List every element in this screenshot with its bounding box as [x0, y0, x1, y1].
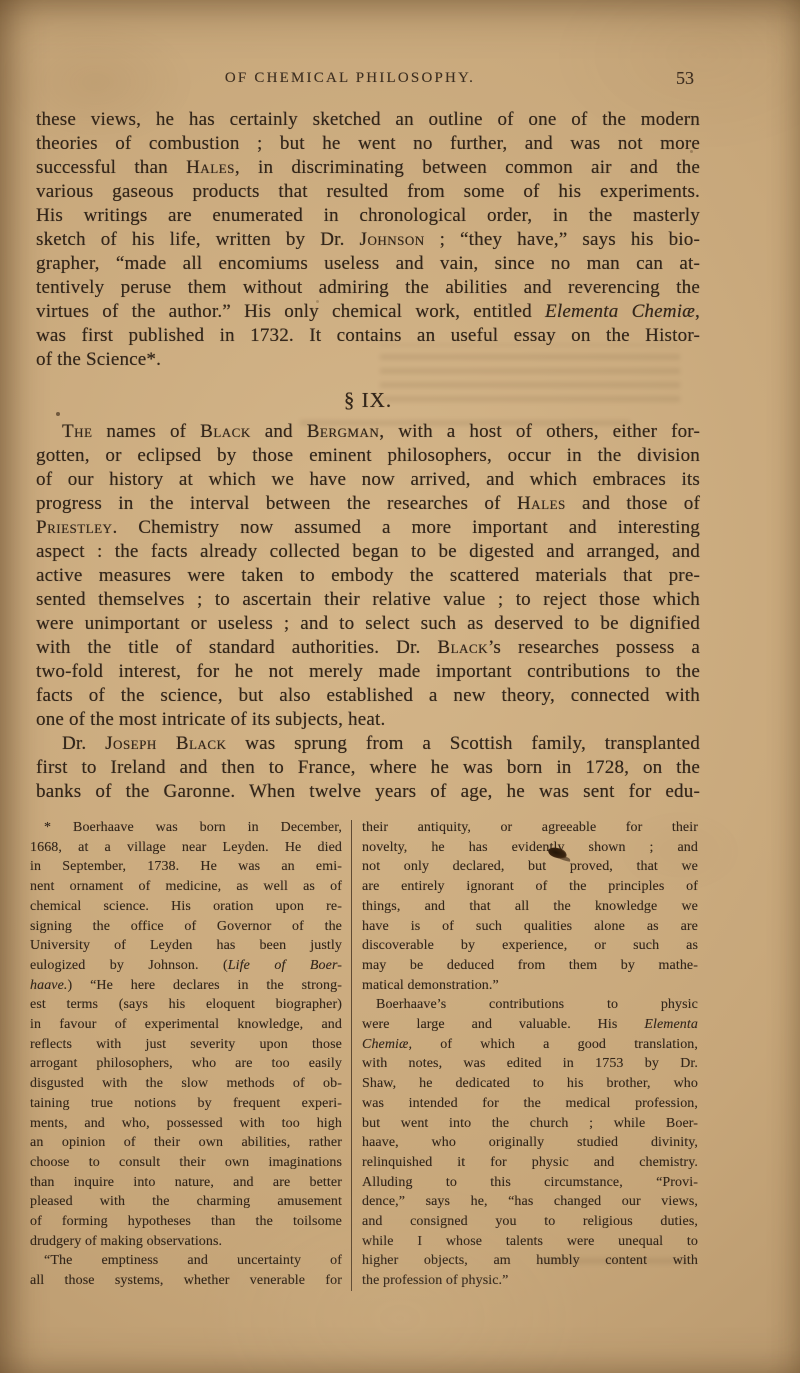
text-segment: was intended for the medical profession,	[362, 1096, 698, 1111]
text-segment: matical demonstration.”	[362, 978, 499, 993]
text-segment: and	[251, 421, 307, 442]
text-line: matical demonstration.”	[362, 976, 698, 996]
text-segment: University of Leyden has been justly	[30, 938, 342, 953]
text-segment: signing the office of Governor of the	[30, 919, 342, 934]
paragraph: Dr. Joseph Black was sprung from a Scott…	[36, 732, 700, 804]
text-segment: 1668, at a village near Leyden. He died	[30, 840, 342, 855]
text-segment: Life of Boer-	[228, 958, 342, 973]
footnote-column-divider	[351, 820, 352, 1291]
text-line: these views, he has certainly sketched a…	[36, 108, 700, 132]
text-segment: progress in the interval between the res…	[36, 493, 517, 514]
text-line: choose to consult their own imaginations	[30, 1153, 342, 1173]
text-line: all those systems, whether venerable for	[30, 1271, 342, 1291]
text-segment: Joseph Black	[105, 733, 226, 754]
text-line: of our history at which we have now arri…	[36, 468, 700, 492]
text-segment: Chemiæ,	[362, 1037, 412, 1052]
text-segment: with the title of standard authorities. …	[36, 637, 437, 658]
text-segment: Priestley	[36, 517, 112, 538]
text-line: gotten, or eclipsed by those eminent phi…	[36, 444, 700, 468]
text-line: was first published in 1732. It contains…	[36, 324, 700, 348]
text-segment: first to Ireland and then to France, whe…	[36, 757, 700, 778]
text-line: not only declared, but proved, that we	[362, 857, 698, 877]
text-segment: ,	[695, 301, 700, 322]
text-line: relinquished it for physic and chemistry…	[362, 1153, 698, 1173]
text-segment: chemical science. His oration upon re-	[30, 899, 342, 914]
text-line: drudgery of making observations.	[30, 1232, 342, 1252]
paper-speck	[56, 412, 60, 416]
text-segment: but went into the church ; while Boer-	[362, 1116, 698, 1131]
text-segment: are entirely ignorant of the principles …	[362, 879, 698, 894]
page-header: OF CHEMICAL PHILOSOPHY. 53	[36, 70, 700, 96]
text-line: while I whose talents were unequal to	[362, 1232, 698, 1252]
text-segment: relinquished it for physic and chemistry…	[362, 1155, 698, 1170]
text-line: the profession of physic.”	[362, 1271, 698, 1291]
text-line: disgusted with the slow methods of ob-	[30, 1074, 342, 1094]
paper-speck	[316, 300, 319, 303]
text-line: His writings are enumerated in chronolog…	[36, 204, 700, 228]
text-line: and consigned you to religious duties,	[362, 1212, 698, 1232]
text-segment: banks of the Garonne. When twelve years …	[36, 781, 700, 802]
text-line: dence,” says he, “has changed our views,	[362, 1192, 698, 1212]
text-segment: reflects with just severity upon those	[30, 1037, 342, 1052]
text-segment: Alluding to this circumstance, “Provi-	[362, 1175, 698, 1190]
text-segment: Shaw, he dedicated to his brother, who	[362, 1076, 698, 1091]
text-line: with the title of standard authorities. …	[36, 636, 700, 660]
text-line: “The emptiness and uncertainty of	[30, 1251, 342, 1271]
text-segment: an opinion of their own abilities, rathe…	[30, 1135, 342, 1150]
text-segment: with notes, was edited in 1753 by Dr.	[362, 1056, 698, 1071]
text-segment: eulogized by Johnson. (	[30, 958, 228, 973]
text-segment: successful than	[36, 157, 186, 178]
text-segment: not only declared, but proved, that we	[362, 859, 698, 874]
text-segment: two-fold interest, for he not merely mad…	[36, 661, 700, 682]
text-line: higher objects, am humbly content with	[362, 1251, 698, 1271]
text-line: taining true notions by frequent experi-	[30, 1094, 342, 1114]
text-line: of the Science*.	[36, 348, 700, 372]
text-segment: higher objects, am humbly content with	[362, 1253, 698, 1268]
footnote-left-column: * Boerhaave was born in December,1668, a…	[30, 818, 342, 1291]
text-segment: “The emptiness and uncertainty of	[44, 1253, 342, 1268]
text-line: was intended for the medical profession,	[362, 1094, 698, 1114]
text-segment: . Chemistry now assumed a more important…	[112, 517, 700, 538]
text-segment: virtues of the author.” His only chemica…	[36, 301, 545, 322]
text-line: ments, and who, possessed with too high	[30, 1114, 342, 1134]
text-line: facts of the science, but also establish…	[36, 684, 700, 708]
text-segment: ; “they have,” says his bio-	[425, 229, 700, 250]
text-segment: have is of such qualities alone as are	[362, 919, 698, 934]
text-line: various gaseous products that resulted f…	[36, 180, 700, 204]
text-line: progress in the interval between the res…	[36, 492, 700, 516]
text-segment: the profession of physic.”	[362, 1273, 508, 1288]
text-line: The names of Black and Bergman, with a h…	[36, 420, 700, 444]
text-line: Dr. Joseph Black was sprung from a Scott…	[36, 732, 700, 756]
text-line: arrogant philosophers, who are too easil…	[30, 1054, 342, 1074]
text-segment: in favour of experimental knowledge, and	[30, 1017, 342, 1032]
text-segment: of which a good translation,	[412, 1037, 698, 1052]
footnote-right-column: their antiquity, or agreeable for theirn…	[362, 818, 698, 1291]
text-segment: grapher, “made all encomiums useless and…	[36, 253, 700, 274]
text-segment: drudgery of making observations.	[30, 1234, 222, 1249]
text-segment: facts of the science, but also establish…	[36, 685, 700, 706]
text-line: were unimportant or useless ; and to sel…	[36, 612, 700, 636]
section-heading: § IX.	[36, 388, 700, 412]
text-line: an opinion of their own abilities, rathe…	[30, 1133, 342, 1153]
text-line: tentively peruse them without admiring t…	[36, 276, 700, 300]
text-segment: all those systems, whether venerable for	[30, 1273, 342, 1288]
text-segment: and those of	[566, 493, 700, 514]
text-segment: names of	[92, 421, 200, 442]
text-segment: haave.	[30, 978, 68, 993]
text-segment: sented themselves ; to ascertain their r…	[36, 589, 700, 610]
text-segment: Dr.	[62, 733, 105, 754]
text-segment: Bergman	[307, 421, 380, 442]
text-segment: Black	[437, 637, 488, 658]
text-segment: of the Science*.	[36, 349, 161, 370]
text-line: in favour of experimental knowledge, and	[30, 1015, 342, 1035]
text-line: first to Ireland and then to France, whe…	[36, 756, 700, 780]
text-line: banks of the Garonne. When twelve years …	[36, 780, 700, 804]
text-line: than inquire into nature, and are better	[30, 1173, 342, 1193]
text-segment: theories of combustion ; but he went no …	[36, 133, 700, 154]
text-line: nent ornament of medicine, as well as of	[30, 877, 342, 897]
text-segment: of forming hypotheses than the toilsome	[30, 1214, 342, 1229]
text-line: successful than Hales, in discriminating…	[36, 156, 700, 180]
text-segment: ments, and who, possessed with too high	[30, 1116, 342, 1131]
text-segment: sketch of his life, written by Dr.	[36, 229, 360, 250]
text-segment: * Boerhaave was born in December,	[44, 820, 342, 835]
text-line: of forming hypotheses than the toilsome	[30, 1212, 342, 1232]
footnote: * Boerhaave was born in December,1668, a…	[30, 818, 698, 1291]
paper-speck	[690, 150, 693, 153]
text-line: Shaw, he dedicated to his brother, who	[362, 1074, 698, 1094]
text-segment: while I whose talents were unequal to	[362, 1234, 698, 1249]
text-segment: His writings are enumerated in chronolog…	[36, 205, 700, 226]
text-segment: , in discriminating between common air a…	[235, 157, 700, 178]
text-segment: of our history at which we have now arri…	[36, 469, 700, 490]
text-segment: taining true notions by frequent experi-	[30, 1096, 342, 1111]
text-line: things, and that all the knowledge we	[362, 897, 698, 917]
text-line: with notes, was edited in 1753 by Dr.	[362, 1054, 698, 1074]
text-line: reflects with just severity upon those	[30, 1035, 342, 1055]
text-line: theories of combustion ; but he went no …	[36, 132, 700, 156]
text-line: est terms (says his eloquent biographer)	[30, 995, 342, 1015]
text-segment: discoverable by experience, or such as	[362, 938, 698, 953]
text-line: haave, who originally studied divinity,	[362, 1133, 698, 1153]
text-segment: Boerhaave’s contributions to physic	[376, 997, 698, 1012]
text-line: chemical science. His oration upon re-	[30, 897, 342, 917]
text-line: two-fold interest, for he not merely mad…	[36, 660, 700, 684]
text-line: Boerhaave’s contributions to physic	[362, 995, 698, 1015]
text-segment: ’s researches possess a	[488, 637, 700, 658]
text-line: Alluding to this circumstance, “Provi-	[362, 1173, 698, 1193]
text-segment: Black	[200, 421, 251, 442]
text-segment: in September, 1738. He was an emi-	[30, 859, 342, 874]
text-line: are entirely ignorant of the principles …	[362, 877, 698, 897]
text-segment: pleased with the charming amusement	[30, 1194, 342, 1209]
text-line: eulogized by Johnson. (Life of Boer-	[30, 956, 342, 976]
text-line: in September, 1738. He was an emi-	[30, 857, 342, 877]
text-segment: Elementa	[644, 1017, 698, 1032]
text-segment: arrogant philosophers, who are too easil…	[30, 1056, 342, 1071]
body-text: these views, he has certainly sketched a…	[36, 108, 700, 804]
text-line: sented themselves ; to ascertain their r…	[36, 588, 700, 612]
text-line: Priestley. Chemistry now assumed a more …	[36, 516, 700, 540]
text-segment: tentively peruse them without admiring t…	[36, 277, 700, 298]
text-segment: Johnson	[360, 229, 425, 250]
text-line: sketch of his life, written by Dr. Johns…	[36, 228, 700, 252]
text-line: haave.) “He here declares in the strong-	[30, 976, 342, 996]
text-segment: Hales	[186, 157, 235, 178]
text-line: one of the most intricate of its subject…	[36, 708, 700, 732]
text-segment: Hales	[517, 493, 566, 514]
text-line: have is of such qualities alone as are	[362, 917, 698, 937]
text-segment: est terms (says his eloquent biographer)	[30, 997, 342, 1012]
paragraph: these views, he has certainly sketched a…	[36, 108, 700, 372]
text-segment: , with a host of others, either for-	[379, 421, 700, 442]
text-segment: disgusted with the slow methods of ob-	[30, 1076, 342, 1091]
paragraph: The names of Black and Bergman, with a h…	[36, 420, 700, 732]
text-segment: novelty, he has evidently shown ; and	[362, 840, 698, 855]
text-segment: these views, he has certainly sketched a…	[36, 109, 700, 130]
text-segment: various gaseous products that resulted f…	[36, 181, 700, 202]
text-segment: active measures were taken to embody the…	[36, 565, 700, 586]
text-line: 1668, at a village near Leyden. He died	[30, 838, 342, 858]
text-line: grapher, “made all encomiums useless and…	[36, 252, 700, 276]
text-segment: things, and that all the knowledge we	[362, 899, 698, 914]
text-line: discoverable by experience, or such as	[362, 936, 698, 956]
text-segment: The	[62, 421, 92, 442]
running-title: OF CHEMICAL PHILOSOPHY.	[225, 70, 475, 87]
text-segment: dence,” says he, “has changed our views,	[362, 1194, 698, 1209]
text-line: but went into the church ; while Boer-	[362, 1114, 698, 1134]
text-segment: Elementa Chemiæ	[545, 301, 695, 322]
text-segment: were unimportant or useless ; and to sel…	[36, 613, 700, 634]
text-line: their antiquity, or agreeable for their	[362, 818, 698, 838]
text-segment: ) “He here declares in the strong-	[68, 978, 342, 993]
text-line: may be deduced from them by mathe-	[362, 956, 698, 976]
text-line: * Boerhaave was born in December,	[30, 818, 342, 838]
text-line: novelty, he has evidently shown ; and	[362, 838, 698, 858]
text-segment: their antiquity, or agreeable for their	[362, 820, 698, 835]
text-line: signing the office of Governor of the	[30, 917, 342, 937]
text-line: active measures were taken to embody the…	[36, 564, 700, 588]
text-segment: gotten, or eclipsed by those eminent phi…	[36, 445, 700, 466]
text-segment: than inquire into nature, and are better	[30, 1175, 342, 1190]
book-page: OF CHEMICAL PHILOSOPHY. 53 these views, …	[0, 0, 800, 1373]
text-segment: nent ornament of medicine, as well as of	[30, 879, 342, 894]
text-segment: were large and valuable. His	[362, 1017, 644, 1032]
text-line: aspect : the facts already collected beg…	[36, 540, 700, 564]
text-line: were large and valuable. His Elementa	[362, 1015, 698, 1035]
text-segment: may be deduced from them by mathe-	[362, 958, 698, 973]
text-line: pleased with the charming amusement	[30, 1192, 342, 1212]
text-line: University of Leyden has been justly	[30, 936, 342, 956]
page-number: 53	[676, 68, 694, 89]
text-segment: was first published in 1732. It contains…	[36, 325, 700, 346]
text-segment: choose to consult their own imaginations	[30, 1155, 342, 1170]
text-line: Chemiæ, of which a good translation,	[362, 1035, 698, 1055]
text-line: virtues of the author.” His only chemica…	[36, 300, 700, 324]
text-segment: was sprung from a Scottish family, trans…	[226, 733, 700, 754]
text-segment: one of the most intricate of its subject…	[36, 709, 385, 730]
text-segment: aspect : the facts already collected beg…	[36, 541, 700, 562]
text-segment: haave, who originally studied divinity,	[362, 1135, 698, 1150]
text-segment: and consigned you to religious duties,	[362, 1214, 698, 1229]
